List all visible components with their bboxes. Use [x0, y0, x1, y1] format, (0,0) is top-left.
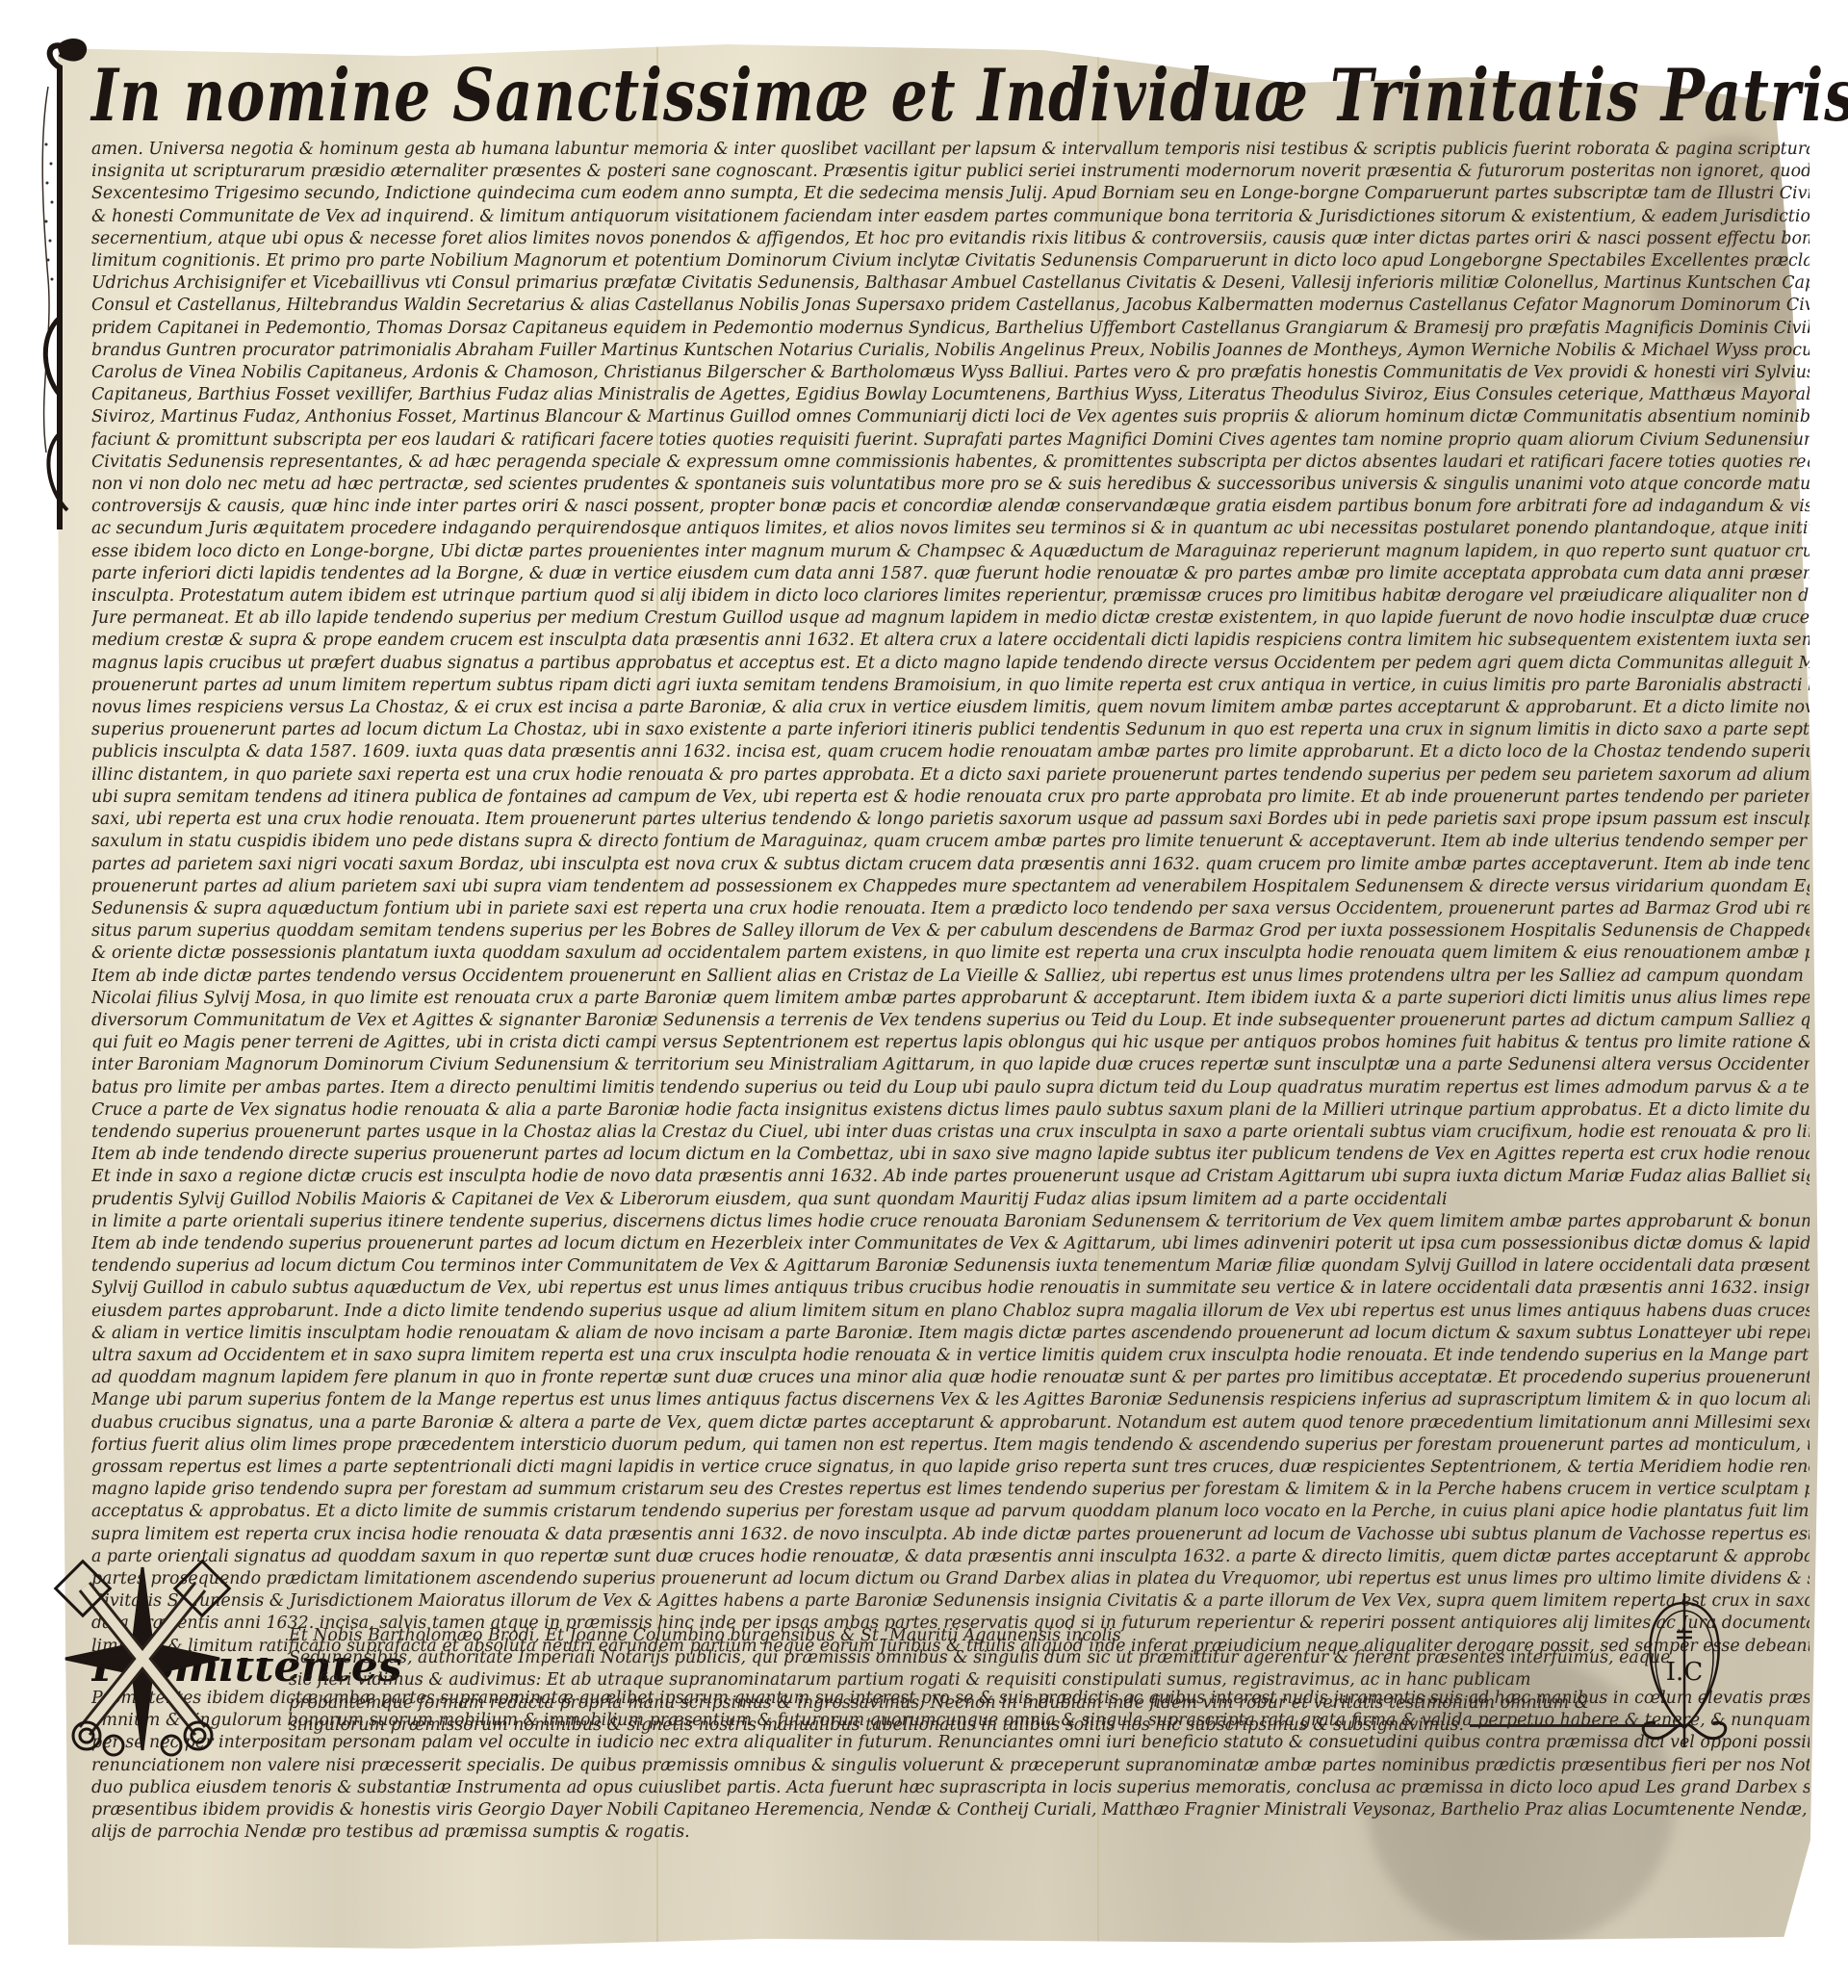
text-line: parte inferiori dicti lapidis tendentes … — [91, 563, 1809, 585]
text-line: superius prouenerunt partes ad locum dic… — [91, 719, 1809, 741]
text-line: Consul et Castellanus, Hiltebrandus Wald… — [91, 295, 1809, 317]
text-line: tendendo superius prouenerunt partes usq… — [91, 1122, 1809, 1144]
closing-line: probantemque formam redacta propria manu… — [289, 1692, 1251, 1715]
text-line: ac secundum Juris æquitatem procedere in… — [91, 518, 1809, 540]
text-line: Capitaneus, Barthius Fosset vexillifer, … — [91, 384, 1809, 406]
text-line: eiusdem partes approbarunt. Inde a dicto… — [91, 1301, 1809, 1323]
text-line: saxulum in statu cuspidis ibidem uno ped… — [91, 831, 1809, 853]
text-line: Sylvij Guillod in cabulo subtus aquæduct… — [91, 1278, 1809, 1300]
text-line: Civitatis Sedunensis representantes, & a… — [91, 452, 1809, 474]
invocation-title: In nomine Sanctissimæ et Individuæ Trini… — [91, 54, 1834, 139]
text-line: faciunt & promittunt subscripta per eos … — [91, 429, 1809, 452]
closing-line: singulorum præmissorum nominibus & signe… — [289, 1715, 1251, 1737]
closing-line-text: singulorum præmissorum nominibus & signe… — [289, 1716, 1464, 1735]
text-line: in limite a parte orientali superius iti… — [91, 1211, 1809, 1233]
text-line: Cruce a parte de Vex signatus hodie reno… — [91, 1099, 1809, 1122]
text-line: insignita ut scripturarum præsidio ætern… — [91, 161, 1809, 183]
text-line: ultra saxum ad Occidentem et in saxo sup… — [91, 1345, 1809, 1367]
text-line: limitum cognitionis. Et primo pro parte … — [91, 250, 1809, 272]
text-line: Et inde in saxo a regione dictæ crucis e… — [91, 1166, 1809, 1188]
text-line: & honesti Communitate de Vex ad inquiren… — [91, 206, 1809, 228]
text-line: secernentium, atque ubi opus & necesse f… — [91, 228, 1809, 250]
text-line: grossam repertus est limes a parte septe… — [91, 1457, 1809, 1479]
text-line: ubi supra semitam tendens ad itinera pub… — [91, 787, 1809, 809]
text-line: Civitatis Sedunensis & Jurisdictionem Ma… — [91, 1590, 1809, 1613]
text-line: ad quoddam magnum lapidem fere planum in… — [91, 1367, 1809, 1389]
closing-line: sic fieri vidimus & audivimus: Et ab utr… — [289, 1669, 1251, 1691]
faded-offset-text — [1501, 1627, 1713, 1897]
text-line: publicis insculpta & data 1587. 1609. iu… — [91, 741, 1809, 763]
text-line: illinc distantem, in quo pariete saxi re… — [91, 764, 1809, 787]
text-line: Jure permaneat. Et ab illo lapide tenden… — [91, 607, 1809, 630]
text-line: & aliam in vertice limitis insculptam ho… — [91, 1323, 1809, 1345]
text-line: Sedunensis & supra aquæductum fontium ub… — [91, 898, 1809, 920]
document-body: amen. Universa negotia & hominum gesta a… — [91, 139, 1809, 1844]
text-line: a parte orientali signatus ad quoddam sa… — [91, 1546, 1809, 1568]
text-line: Carolus de Vinea Nobilis Capitaneus, Ard… — [91, 362, 1809, 384]
text-line: fortius fuerit alius olim limes prope pr… — [91, 1434, 1809, 1457]
text-line: magnus lapis crucibus ut præfert duabus … — [91, 653, 1809, 675]
text-line: Item ab inde dictæ partes tendendo versu… — [91, 966, 1809, 988]
crossed-keys-notarial-sign-icon — [46, 1548, 239, 1769]
text-line: Siviroz, Martinus Fudaz, Anthonius Fosse… — [91, 406, 1809, 428]
text-line: esse ibidem loco dicto en Longe-borgne, … — [91, 541, 1809, 563]
text-line: non vi non dolo nec metu ad hæc pertract… — [91, 474, 1809, 496]
text-line: magno lapide griso tendendo supra per fo… — [91, 1479, 1809, 1501]
text-line: Sexcentesimo Trigesimo secundo, Indictio… — [91, 183, 1809, 205]
text-line: Item ab inde tendendo superius proueneru… — [91, 1233, 1809, 1255]
text-line: partes ad parietem saxi nigri vocati sax… — [91, 854, 1809, 876]
text-line: acceptatus & approbatus. Et a dicto limi… — [91, 1501, 1809, 1523]
text-line: insculpta. Protestatum autem ibidem est … — [91, 585, 1809, 607]
text-line: Item ab inde tendendo directe superius p… — [91, 1144, 1809, 1166]
text-line: qui fuit eo Magis pener terreni de Agitt… — [91, 1032, 1809, 1054]
text-line: controversijs & causis, quæ hinc inde in… — [91, 496, 1809, 518]
text-line: saxi, ubi reperta est una crux hodie ren… — [91, 809, 1809, 831]
text-line: diversorum Communitatum de Vex et Agitte… — [91, 1010, 1809, 1032]
text-line: Udrichus Archisignifer et Vicebaillivus … — [91, 272, 1809, 295]
text-line: pridem Capitanei in Pedemontio, Thomas D… — [91, 318, 1809, 340]
text-line: amen. Universa negotia & hominum gesta a… — [91, 139, 1809, 161]
text-line: supra limitem est reperta crux incisa ho… — [91, 1524, 1809, 1546]
text-line: inter Baroniam Magnorum Dominorum Civium… — [91, 1054, 1809, 1076]
notarial-closing: Et Nobis Bartholomæo Brodi, Et Joanne Co… — [289, 1625, 1251, 1737]
text-line: Nicolai filius Sylvij Mosa, in quo limit… — [91, 988, 1809, 1010]
text-line: novus limes respiciens versus La Chostaz… — [91, 697, 1809, 719]
text-line: batus pro limite per ambas partes. Item … — [91, 1077, 1809, 1099]
text-line: medium crestæ & supra & prope eandem cru… — [91, 630, 1809, 652]
closing-line: Sedunensibus, authoritate Imperiali Nota… — [289, 1647, 1251, 1669]
text-line: prouenerunt partes ad unum limitem reper… — [91, 675, 1809, 697]
text-line: Mange ubi parum superius fontem de la Ma… — [91, 1389, 1809, 1411]
text-line: & oriente dictæ possessionis plantatum i… — [91, 942, 1809, 965]
closing-line: Et Nobis Bartholomæo Brodi, Et Joanne Co… — [289, 1625, 1251, 1647]
text-line: situs parum superius quoddam semitam ten… — [91, 920, 1809, 942]
text-line: tendendo superius ad locum dictum Cou te… — [91, 1255, 1809, 1278]
text-line: prudentis Sylvij Guillod Nobilis Maioris… — [91, 1189, 1809, 1211]
text-line: partes prosequendo prædictam limitatione… — [91, 1568, 1809, 1590]
text-line: duabus crucibus signatus, una a parte Ba… — [91, 1412, 1809, 1434]
decorated-initial-icon — [38, 29, 96, 549]
text-line: prouenerunt partes ad alium parietem sax… — [91, 876, 1809, 898]
text-line: brandus Guntren procurator patrimonialis… — [91, 340, 1809, 362]
